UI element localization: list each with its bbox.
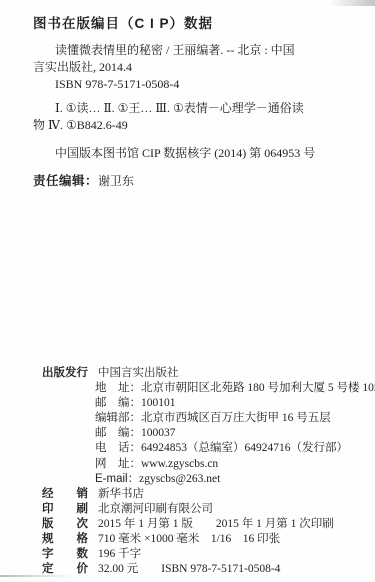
editorial-dept-row: 编辑部： 北京市西城区百万庄大街甲 16 号五层 (95, 411, 372, 426)
wordcount-value: 196 千字 (98, 547, 141, 562)
publisher-row: 出版发行 中国言实出版社 (42, 366, 372, 381)
postcode-label: 邮 编： (95, 396, 141, 411)
address-value: 北京市朝阳区北苑路 180 号加利大厦 5 号楼 105 室 (141, 381, 375, 396)
responsible-editor-label: 责任编辑： (33, 174, 98, 188)
address-label: 地 址： (95, 381, 141, 396)
cip-classification: Ⅰ. ①读… Ⅱ. ①王… Ⅲ. ①表情－心理学－通俗读 物 Ⅳ. ①B842.… (33, 100, 363, 134)
postcode2-label: 邮 编： (95, 426, 141, 441)
printer-row: 印 刷 北京潮河印刷有限公司 (42, 502, 372, 517)
editorial-dept-value: 北京市西城区百万庄大街甲 16 号五层 (141, 411, 331, 426)
website-label: 网 址： (95, 457, 141, 472)
postcode2-value: 100037 (141, 426, 176, 441)
email-label: E-mail： (95, 472, 139, 487)
postcode2-row: 邮 编： 100037 (95, 426, 372, 441)
phone-value: 64924853（总编室）64924716（发行部） (141, 441, 348, 456)
email-value: zgyscbs@263.net (139, 472, 220, 487)
cip-entry-line2: 言实出版社, 2014.4 (33, 59, 353, 76)
cip-record-number: 中国版本图书馆 CIP 数据核字 (2014) 第 064953 号 (33, 144, 315, 161)
phone-row: 电 话： 64924853（总编室）64924716（发行部） (95, 441, 372, 456)
printer-label: 印 刷 (42, 502, 90, 517)
cip-class-line1: Ⅰ. ①读… Ⅱ. ①王… Ⅲ. ①表情－心理学－通俗读 (33, 100, 363, 117)
format-label: 规 格 (42, 532, 90, 547)
price-value: 32.00 元 ISBN 978-7-5171-0508-4 (98, 562, 280, 577)
publisher-label: 出版发行 (42, 366, 90, 381)
format-row: 规 格 710 毫米 ×1000 毫米 1/16 16 印张 (42, 532, 372, 547)
editorial-dept-label: 编辑部： (95, 411, 141, 426)
publisher-name: 中国言实出版社 (98, 366, 179, 381)
distributor-label: 经 销 (42, 487, 90, 502)
edition-row: 版 次 2015 年 1 月第 1 版 2015 年 1 月第 1 次印刷 (42, 517, 372, 532)
email-row: E-mail： zgyscbs@263.net (95, 472, 372, 487)
responsible-editor-name: 谢卫东 (98, 174, 134, 188)
website-value: www.zgyscbs.cn (141, 457, 218, 472)
postcode-value: 100101 (141, 396, 176, 411)
cip-entry-line1: 读懂微表情里的秘密 / 王丽编著. -- 北京 : 中国 (33, 42, 353, 59)
publication-info-block: 出版发行 中国言实出版社 地 址： 北京市朝阳区北苑路 180 号加利大厦 5 … (42, 366, 372, 577)
edition-label: 版 次 (42, 517, 90, 532)
distributor-row: 经 销 新华书店 (42, 487, 372, 502)
cip-copyright-page: 图书在版编目（C I P）数据 读懂微表情里的秘密 / 王丽编著. -- 北京 … (0, 0, 375, 582)
format-value: 710 毫米 ×1000 毫米 1/16 16 印张 (98, 532, 280, 547)
postcode-row: 邮 编： 100101 (95, 396, 372, 411)
wordcount-label: 字 数 (42, 547, 90, 562)
responsible-editor-line: 责任编辑：谢卫东 (33, 171, 134, 189)
isbn-line: ISBN 978-7-5171-0508-4 (33, 76, 353, 93)
cip-header: 图书在版编目（C I P）数据 (33, 12, 213, 32)
edition-value: 2015 年 1 月第 1 版 2015 年 1 月第 1 次印刷 (98, 517, 334, 532)
distributor-value: 新华书店 (98, 487, 144, 502)
website-row: 网 址： www.zgyscbs.cn (95, 457, 372, 472)
cip-class-line2: 物 Ⅳ. ①B842.6-49 (33, 117, 363, 134)
wordcount-row: 字 数 196 千字 (42, 547, 372, 562)
printer-value: 北京潮河印刷有限公司 (98, 502, 213, 517)
cip-entry: 读懂微表情里的秘密 / 王丽编著. -- 北京 : 中国 言实出版社, 2014… (33, 42, 353, 93)
phone-label: 电 话： (95, 441, 141, 456)
address-row: 地 址： 北京市朝阳区北苑路 180 号加利大厦 5 号楼 105 室 (95, 381, 372, 396)
scan-artifact-bottom (0, 575, 74, 577)
price-row: 定 价 32.00 元 ISBN 978-7-5171-0508-4 (42, 562, 372, 577)
scan-artifact-top (329, 0, 375, 6)
